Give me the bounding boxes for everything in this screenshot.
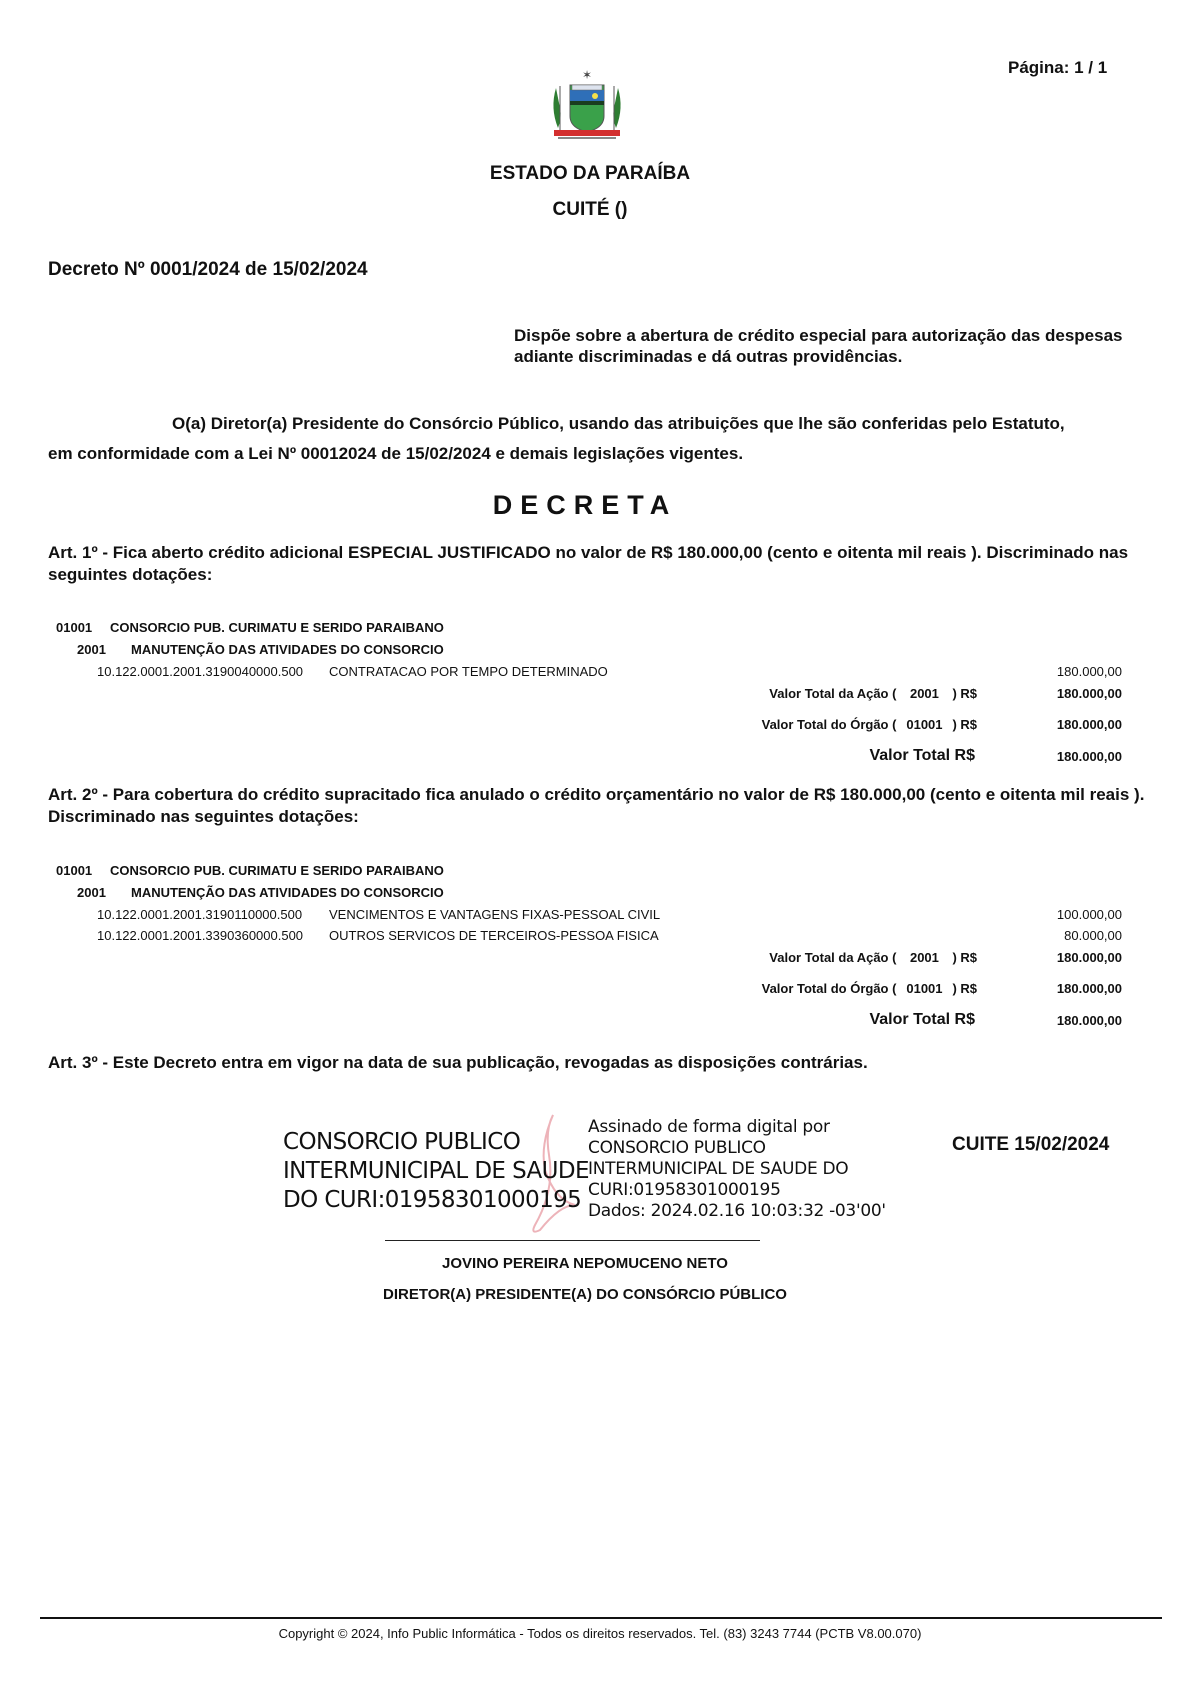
decreta-heading: DECRETA [0,490,1170,521]
dotacao-code: 10.122.0001.2001.3190040000.500 [97,664,329,679]
signer-role: DIRETOR(A) PRESIDENTE(A) DO CONSÓRCIO PÚ… [0,1286,1170,1303]
state-heading: ESTADO DA PARAÍBA [0,163,1180,185]
decree-ementa: Dispõe sobre a abertura de crédito espec… [514,325,1134,367]
art1-grand-total-value: 180.000,00 [922,749,1122,764]
table-row: 10.122.0001.2001.3190110000.500VENCIMENT… [97,907,660,922]
acao-name: MANUTENÇÃO DAS ATIVIDADES DO CONSORCIO [131,885,444,900]
dotacao-code: 10.122.0001.2001.3190110000.500 [97,907,329,922]
signature-line [385,1240,760,1241]
art2-grand-total-value: 180.000,00 [922,1013,1122,1028]
article-3-text: Art. 3º - Este Decreto entra em vigor na… [48,1052,1178,1074]
art1-total-orgao-value: 180.000,00 [922,717,1122,732]
art1-total-acao-value: 180.000,00 [922,686,1122,701]
art1-orgao-row: 01001CONSORCIO PUB. CURIMATU E SERIDO PA… [56,620,444,635]
footer-divider [40,1617,1162,1619]
orgao-code: 01001 [56,863,110,878]
digital-signature-details: Assinado de forma digital por CONSORCIO … [588,1117,886,1222]
art1-acao-row: 2001MANUTENÇÃO DAS ATIVIDADES DO CONSORC… [77,642,444,657]
signer-name: JOVINO PEREIRA NEPOMUCENO NETO [0,1255,1170,1272]
acao-name: MANUTENÇÃO DAS ATIVIDADES DO CONSORCIO [131,642,444,657]
article-1-text: Art. 1º - Fica aberto crédito adicional … [48,542,1178,586]
orgao-name: CONSORCIO PUB. CURIMATU E SERIDO PARAIBA… [110,863,444,878]
art2-acao-row: 2001MANUTENÇÃO DAS ATIVIDADES DO CONSORC… [77,885,444,900]
city-heading: CUITÉ () [0,199,1180,221]
orgao-code: 01001 [56,620,110,635]
table-row: 10.122.0001.2001.3390360000.500OUTROS SE… [97,928,659,943]
footer-copyright: Copyright © 2024, Info Public Informátic… [0,1626,1200,1641]
decree-preamble: O(a) Diretor(a) Presidente do Consórcio … [48,409,1138,469]
dotacao-value: 100.000,00 [922,907,1122,922]
dotacao-desc: VENCIMENTOS E VANTAGENS FIXAS-PESSOAL CI… [329,907,660,922]
place-and-date: CUITE 15/02/2024 [952,1134,1109,1156]
art2-total-orgao-value: 180.000,00 [922,981,1122,996]
art2-total-acao-value: 180.000,00 [922,950,1122,965]
svg-text:✶: ✶ [582,68,592,82]
coat-of-arms-icon: ✶ [548,68,626,146]
preamble-line-2: em conformidade com a Lei Nº 00012024 de… [48,439,1138,469]
page-number: Página: 1 / 1 [1008,58,1107,78]
dotacao-code: 10.122.0001.2001.3390360000.500 [97,928,329,943]
dotacao-value: 80.000,00 [922,928,1122,943]
dotacao-value: 180.000,00 [922,664,1122,679]
dotacao-desc: CONTRATACAO POR TEMPO DETERMINADO [329,664,608,679]
article-2-text: Art. 2º - Para cobertura do crédito supr… [48,784,1178,828]
art2-orgao-row: 01001CONSORCIO PUB. CURIMATU E SERIDO PA… [56,863,444,878]
dotacao-desc: OUTROS SERVICOS DE TERCEIROS-PESSOA FISI… [329,928,659,943]
decree-title: Decreto Nº 0001/2024 de 15/02/2024 [48,259,368,281]
preamble-line-1: O(a) Diretor(a) Presidente do Consórcio … [172,414,1065,433]
acao-code: 2001 [77,642,131,657]
table-row: 10.122.0001.2001.3190040000.500CONTRATAC… [97,664,608,679]
acao-code: 2001 [77,885,131,900]
signer-organization: CONSORCIO PUBLICO INTERMUNICIPAL DE SAUD… [283,1128,589,1215]
orgao-name: CONSORCIO PUB. CURIMATU E SERIDO PARAIBA… [110,620,444,635]
